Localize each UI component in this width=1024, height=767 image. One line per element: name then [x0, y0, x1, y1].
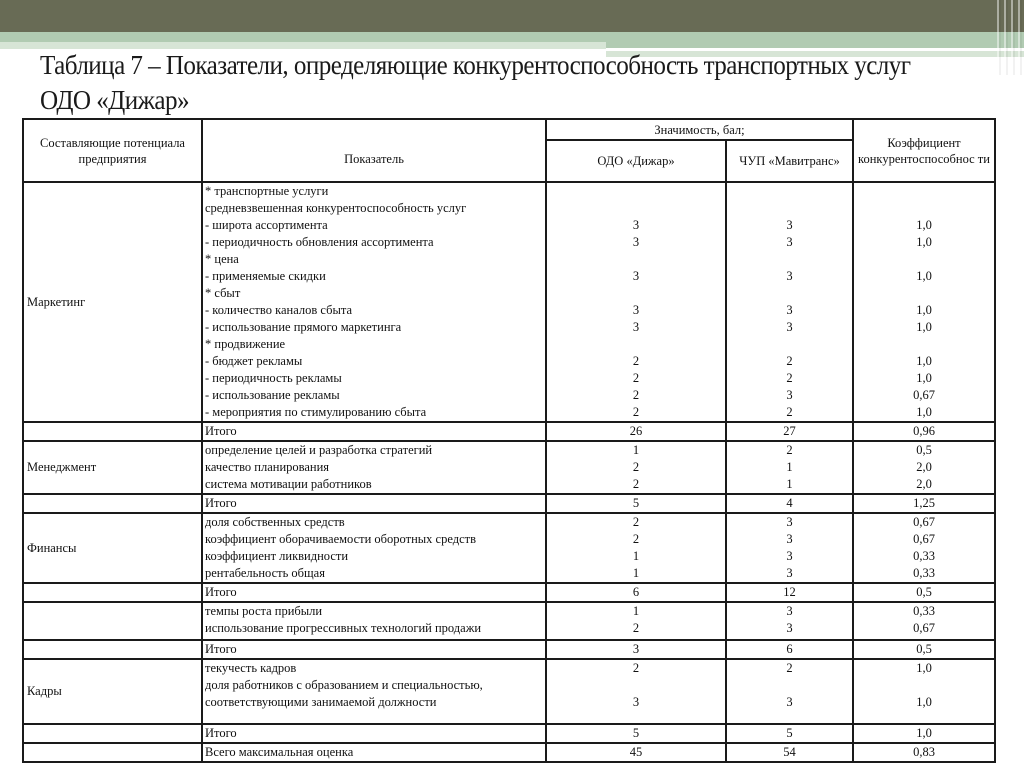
odo-value	[547, 285, 725, 302]
total-empty-cell	[23, 422, 202, 441]
total-row: Итого6120,5	[23, 583, 995, 602]
total-label-text: Итого	[205, 725, 545, 742]
total-empty-cell	[23, 724, 202, 743]
coef-value	[854, 251, 994, 268]
indicator-line: средневзвешенная конкурентоспособность у…	[205, 200, 545, 217]
coef-cell: 1,01,01,01,01,01,01,00,671,0	[853, 182, 995, 422]
total-label: Итого	[202, 640, 546, 659]
odo-value: 1	[547, 565, 725, 582]
odo-cell: 333332222	[546, 182, 726, 422]
total-odo-value: 3	[547, 641, 725, 658]
coef-value: 1,0	[854, 234, 994, 251]
total-label-text: Итого	[205, 495, 545, 512]
coef-value: 0,67	[854, 531, 994, 548]
coef-value	[854, 336, 994, 353]
group-row: темпы роста прибылииспользование прогрес…	[23, 602, 995, 640]
coef-cell: 0,330,67	[853, 602, 995, 640]
indicator-line: темпы роста прибыли	[205, 603, 545, 620]
odo-cell: 2211	[546, 513, 726, 583]
grand-total-coef: 0,83	[853, 743, 995, 762]
grand-total-coef-value: 0,83	[854, 744, 994, 761]
chup-value	[727, 251, 852, 268]
indicator-line: - использование прямого маркетинга	[205, 319, 545, 336]
chup-cell: 3333	[726, 513, 853, 583]
chup-value	[727, 285, 852, 302]
odo-value: 2	[547, 531, 725, 548]
odo-value	[547, 183, 725, 200]
total-label-text: Итого	[205, 584, 545, 601]
chup-value: 3	[727, 531, 852, 548]
indicator-line: - применяемые скидки	[205, 268, 545, 285]
total-coef-value: 0,5	[854, 641, 994, 658]
grand-total-odo-value: 45	[547, 744, 725, 761]
coef-value: 1,0	[854, 660, 994, 677]
total-coef: 1,25	[853, 494, 995, 513]
coef-value: 1,0	[854, 694, 994, 711]
odo-value: 3	[547, 268, 725, 285]
total-label-text: Итого	[205, 641, 545, 658]
indicator-line: - широта ассортимента	[205, 217, 545, 234]
category-cell: Менеджмент	[23, 441, 202, 494]
grand-total-chup-value: 54	[727, 744, 852, 761]
indicator-line: доля собственных средств	[205, 514, 545, 531]
odo-cell: 23	[546, 659, 726, 724]
indicator-line: - периодичность рекламы	[205, 370, 545, 387]
coef-value: 1,0	[854, 302, 994, 319]
indicator-cell: доля собственных средствкоэффициент обор…	[202, 513, 546, 583]
coef-value: 2,0	[854, 476, 994, 493]
indicator-line: - бюджет рекламы	[205, 353, 545, 370]
total-chup-value: 27	[727, 423, 852, 440]
chup-value: 3	[727, 268, 852, 285]
chup-value: 1	[727, 459, 852, 476]
odo-value: 3	[547, 319, 725, 336]
odo-value: 1	[547, 548, 725, 565]
header-band-mid	[0, 32, 1024, 42]
indicator-line: текучесть кадров	[205, 660, 545, 677]
coef-value: 1,0	[854, 404, 994, 421]
total-chup: 4	[726, 494, 853, 513]
indicator-cell: * транспортные услугисредневзвешенная ко…	[202, 182, 546, 422]
group-row: Менеджментопределение целей и разработка…	[23, 441, 995, 494]
coef-value	[854, 285, 994, 302]
indicator-line: * транспортные услуги	[205, 183, 545, 200]
coef-cell: 0,52,02,0	[853, 441, 995, 494]
indicator-line: коэффициент оборачиваемости оборотных ср…	[205, 531, 545, 548]
chup-value: 3	[727, 620, 852, 637]
chup-cell: 23	[726, 659, 853, 724]
odo-value: 1	[547, 442, 725, 459]
total-coef-value: 1,25	[854, 495, 994, 512]
header-coefficient: Коэффициент конкурентоспособнос ти	[853, 119, 995, 182]
total-odo: 3	[546, 640, 726, 659]
indicator-cell: определение целей и разработка стратегий…	[202, 441, 546, 494]
odo-value	[547, 251, 725, 268]
total-chup: 6	[726, 640, 853, 659]
odo-value: 2	[547, 660, 725, 677]
total-label: Итого	[202, 583, 546, 602]
coef-cell: 1,01,0	[853, 659, 995, 724]
total-empty-cell	[23, 583, 202, 602]
odo-cell: 122	[546, 441, 726, 494]
header-component: Составляющие потенциала предприятия	[23, 119, 202, 182]
chup-value: 2	[727, 660, 852, 677]
chup-value: 3	[727, 217, 852, 234]
coef-value: 2,0	[854, 459, 994, 476]
grand-total-chup: 54	[726, 743, 853, 762]
chup-cell: 211	[726, 441, 853, 494]
indicator-line: качество планирования	[205, 459, 545, 476]
chup-value: 2	[727, 370, 852, 387]
odo-value: 2	[547, 459, 725, 476]
indicator-cell: текучесть кадровдоля работников с образо…	[202, 659, 546, 724]
total-coef: 0,5	[853, 583, 995, 602]
total-label: Итого	[202, 724, 546, 743]
odo-cell: 12	[546, 602, 726, 640]
total-row: Итого551,0	[23, 724, 995, 743]
total-coef-value: 0,96	[854, 423, 994, 440]
chup-value: 3	[727, 302, 852, 319]
odo-value: 2	[547, 404, 725, 421]
chup-value: 3	[727, 548, 852, 565]
total-label: Итого	[202, 494, 546, 513]
total-chup-value: 5	[727, 725, 852, 742]
indicator-line: - периодичность обновления ассортимента	[205, 234, 545, 251]
category-cell: Финансы	[23, 513, 202, 583]
header-odo: ОДО «Дижар»	[546, 140, 726, 182]
total-odo: 6	[546, 583, 726, 602]
coef-value: 0,33	[854, 548, 994, 565]
coef-value: 0,33	[854, 565, 994, 582]
odo-value: 1	[547, 603, 725, 620]
chup-value: 3	[727, 603, 852, 620]
total-chup-value: 12	[727, 584, 852, 601]
coef-value: 0,33	[854, 603, 994, 620]
total-odo-value: 5	[547, 495, 725, 512]
indicator-line: * сбыт	[205, 285, 545, 302]
total-chup: 5	[726, 724, 853, 743]
coef-value: 0,67	[854, 620, 994, 637]
chup-cell: 333332232	[726, 182, 853, 422]
chup-value	[727, 677, 852, 694]
indicator-line: доля работников с образованием и специал…	[205, 677, 545, 694]
indicator-line: * продвижение	[205, 336, 545, 353]
chup-value	[727, 183, 852, 200]
coef-cell: 0,670,670,330,33	[853, 513, 995, 583]
chup-value: 3	[727, 514, 852, 531]
category-cell: Маркетинг	[23, 182, 202, 422]
odo-value: 2	[547, 387, 725, 404]
indicator-line: система мотивации работников	[205, 476, 545, 493]
odo-value: 3	[547, 694, 725, 711]
competitiveness-table: Составляющие потенциала предприятия Пока…	[22, 118, 996, 763]
total-coef-value: 1,0	[854, 725, 994, 742]
total-coef-value: 0,5	[854, 584, 994, 601]
indicator-cell: темпы роста прибылииспользование прогрес…	[202, 602, 546, 640]
total-label: Итого	[202, 422, 546, 441]
coef-value: 1,0	[854, 268, 994, 285]
odo-value: 2	[547, 476, 725, 493]
category-cell	[23, 602, 202, 640]
chup-value	[727, 200, 852, 217]
indicator-line: рентабельность общая	[205, 565, 545, 582]
total-chup: 27	[726, 422, 853, 441]
chup-value: 3	[727, 565, 852, 582]
total-row: Итого541,25	[23, 494, 995, 513]
total-odo: 26	[546, 422, 726, 441]
indicator-line: - использование рекламы	[205, 387, 545, 404]
total-odo-value: 5	[547, 725, 725, 742]
coef-value: 0,67	[854, 514, 994, 531]
chup-value: 3	[727, 319, 852, 336]
coef-value: 1,0	[854, 217, 994, 234]
header-chup: ЧУП «Мавитранс»	[726, 140, 853, 182]
indicator-line: использование прогрессивных технологий п…	[205, 620, 545, 637]
indicator-line: определение целей и разработка стратегий	[205, 442, 545, 459]
total-odo-value: 6	[547, 584, 725, 601]
group-row: Кадрытекучесть кадровдоля работников с о…	[23, 659, 995, 724]
chup-value: 1	[727, 476, 852, 493]
indicator-line: коэффициент ликвидности	[205, 548, 545, 565]
header-significance: Значимость, бал;	[546, 119, 853, 140]
indicator-line: - количество каналов сбыта	[205, 302, 545, 319]
chup-cell: 33	[726, 602, 853, 640]
category-cell: Кадры	[23, 659, 202, 724]
total-chup-value: 4	[727, 495, 852, 512]
indicator-line: соответствующими занимаемой должности	[205, 694, 545, 711]
odo-value: 2	[547, 370, 725, 387]
coef-value	[854, 183, 994, 200]
slide-title: Таблица 7 – Показатели, определяющие кон…	[40, 48, 933, 118]
coef-value	[854, 677, 994, 694]
indicator-line: - мероприятия по стимулированию сбыта	[205, 404, 545, 421]
indicator-line: * цена	[205, 251, 545, 268]
grand-total-empty-cell	[23, 743, 202, 762]
total-coef: 0,5	[853, 640, 995, 659]
chup-value: 3	[727, 387, 852, 404]
coef-value: 1,0	[854, 370, 994, 387]
odo-value	[547, 336, 725, 353]
total-coef: 0,96	[853, 422, 995, 441]
odo-value	[547, 200, 725, 217]
total-row: Итого26270,96	[23, 422, 995, 441]
total-empty-cell	[23, 640, 202, 659]
header-indicator: Показатель	[202, 119, 546, 182]
total-odo: 5	[546, 494, 726, 513]
odo-value: 3	[547, 302, 725, 319]
odo-value: 3	[547, 234, 725, 251]
chup-value: 2	[727, 404, 852, 421]
total-odo: 5	[546, 724, 726, 743]
chup-value: 3	[727, 234, 852, 251]
grand-total-label-text: Всего максимальная оценка	[205, 744, 545, 761]
group-row: Маркетинг* транспортные услугисредневзве…	[23, 182, 995, 422]
coef-value: 1,0	[854, 319, 994, 336]
odo-value: 2	[547, 620, 725, 637]
grand-total-row: Всего максимальная оценка45540,83	[23, 743, 995, 762]
total-odo-value: 26	[547, 423, 725, 440]
total-chup-value: 6	[727, 641, 852, 658]
coef-value	[854, 200, 994, 217]
chup-value	[727, 336, 852, 353]
decorative-stripes	[994, 0, 1024, 75]
odo-value: 2	[547, 514, 725, 531]
group-row: Финансыдоля собственных средствкоэффицие…	[23, 513, 995, 583]
total-label-text: Итого	[205, 423, 545, 440]
total-empty-cell	[23, 494, 202, 513]
odo-value	[547, 677, 725, 694]
total-row: Итого360,5	[23, 640, 995, 659]
total-chup: 12	[726, 583, 853, 602]
chup-value: 2	[727, 353, 852, 370]
chup-value: 2	[727, 442, 852, 459]
total-coef: 1,0	[853, 724, 995, 743]
grand-total-label: Всего максимальная оценка	[202, 743, 546, 762]
header-band-dark	[0, 0, 1024, 32]
grand-total-odo: 45	[546, 743, 726, 762]
chup-value: 3	[727, 694, 852, 711]
coef-value: 0,67	[854, 387, 994, 404]
odo-value: 2	[547, 353, 725, 370]
coef-value: 1,0	[854, 353, 994, 370]
coef-value: 0,5	[854, 442, 994, 459]
odo-value: 3	[547, 217, 725, 234]
